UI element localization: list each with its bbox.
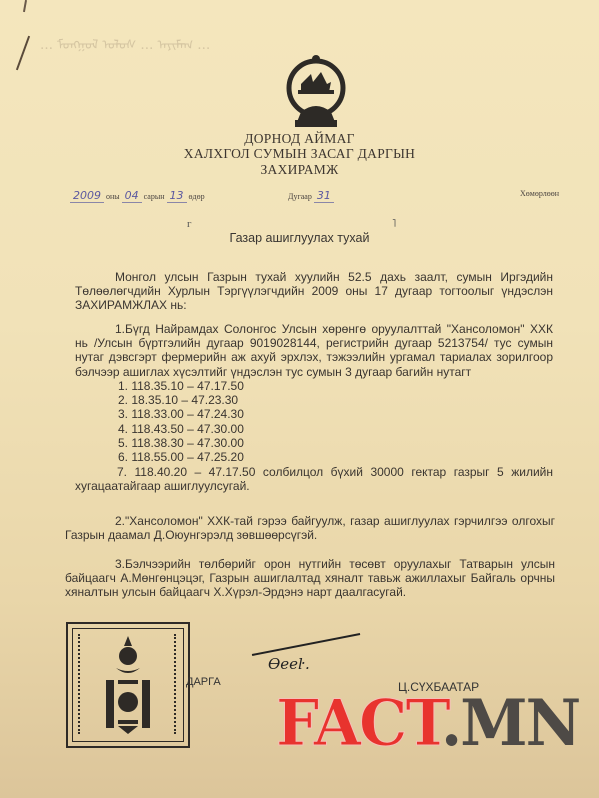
mongolian-script-left xyxy=(78,634,96,734)
bracket-left: г xyxy=(187,218,192,230)
mongolian-script-right xyxy=(160,634,176,734)
heading-decree: ЗАХИРАМЖ xyxy=(0,162,599,178)
soyombo-icon xyxy=(106,636,150,736)
date-year: 2009 xyxy=(70,189,104,203)
signer-role: ДАРГА xyxy=(186,676,221,688)
clause-1-text: 1.Бүгд Найрамдах Солонгос Улсын хөрөнгө … xyxy=(75,322,553,379)
signature-icon: Ɵeeŀ. xyxy=(268,655,310,673)
year-label: оны xyxy=(106,192,120,201)
clause-3-text: 3.Бэлчээрийн төлбөрийг орон нутгийн төсө… xyxy=(65,557,555,600)
date-month: 04 xyxy=(122,189,142,203)
date-day: 13 xyxy=(167,189,187,203)
decree-number: 31 xyxy=(314,189,334,203)
coordinate-item: 4. 118.43.50 – 47.30.00 xyxy=(118,422,244,436)
coordinate-item: 1. 118.35.10 – 47.17.50 xyxy=(118,379,244,393)
faint-mongolian-script: … ᠮᠣᠩᠭᠣᠯ ᠤᠯᠤᠰ … ᠠᠶᠢᠮᠠᠭ … xyxy=(40,30,560,53)
coordinate-item: 2. 18.35.10 – 47.23.30 xyxy=(118,393,244,407)
clause-1-end-text: 7. 118.40.20 – 47.17.50 солбилцол бүхий … xyxy=(75,465,553,493)
official-seal-stamp xyxy=(66,622,190,748)
fact-mn-watermark: FACT.MN xyxy=(276,692,579,756)
pen-mark xyxy=(23,0,27,12)
day-label: өдөр xyxy=(189,192,205,201)
bracket-right: ˥ xyxy=(392,218,396,230)
coordinate-item: 3. 118.33.00 – 47.24.30 xyxy=(118,407,244,421)
coordinate-item: 6. 118.55.00 – 47.25.20 xyxy=(118,450,244,464)
signature-stroke xyxy=(252,633,360,655)
heading-sum: ХАЛХГОЛ СУМЫН ЗАСАГ ДАРГЫН xyxy=(0,146,599,162)
document-title: Газар ашиглуулах тухай xyxy=(0,231,599,245)
number-label: Дугаар xyxy=(288,192,312,201)
place-label: Хөмөрлөөн xyxy=(520,189,559,198)
date-line: 2009 оны 04 сарын 13 өдөр xyxy=(70,189,205,202)
watermark-mn: .MN xyxy=(441,686,579,761)
month-label: сарын xyxy=(144,192,165,201)
watermark-fact: FACT xyxy=(276,686,441,761)
clause-2-text: 2."Хансоломон" ХХК-тай гэрээ байгуулж, г… xyxy=(65,514,555,542)
coordinate-item: 5. 118.38.30 – 47.30.00 xyxy=(118,436,244,450)
state-emblem-icon xyxy=(283,52,349,128)
number-line: Дугаар 31 xyxy=(288,189,334,202)
coordinates-list: 1. 118.35.10 – 47.17.50 2. 18.35.10 – 47… xyxy=(118,379,244,464)
preamble-text: Монгол улсын Газрын тухай хуулийн 52.5 д… xyxy=(75,270,553,313)
pen-mark xyxy=(16,36,30,71)
heading-aimag: ДОРНОД АЙМАГ xyxy=(0,131,599,147)
